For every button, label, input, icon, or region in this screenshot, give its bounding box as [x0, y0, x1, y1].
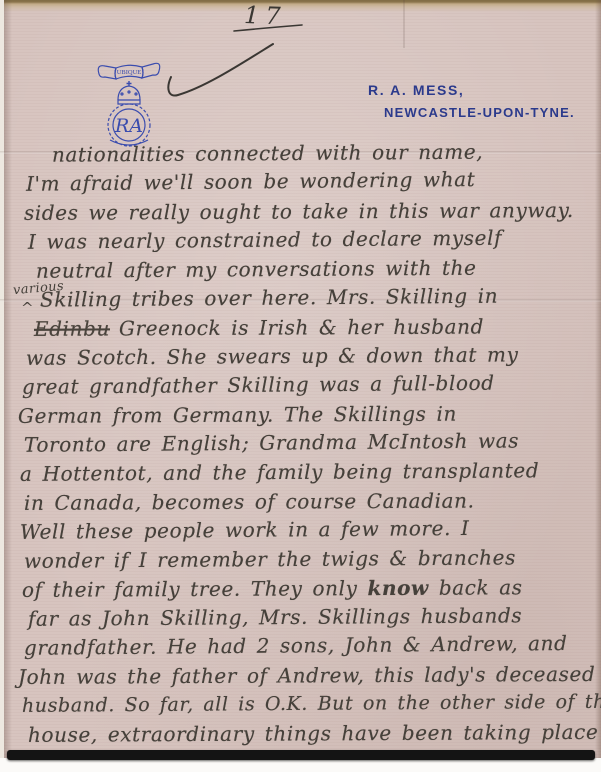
- letter-line: Toronto are English; Grandma McIntosh wa…: [0, 426, 601, 460]
- crest-crown-cross: [127, 81, 132, 86]
- struck-word: Edinbu: [34, 316, 110, 340]
- letter-line: wonder if I remember the twigs & branche…: [0, 543, 601, 576]
- letter-line: grandfather. He had 2 sons, John & Andre…: [0, 629, 601, 663]
- letter-line-text: Greenock is Irish & her husband: [119, 314, 484, 340]
- pen-flourish: [150, 0, 360, 120]
- letter-line-text: of their family tree. They only: [22, 576, 368, 602]
- letter-body: nationalities connected with our name, I…: [0, 141, 601, 750]
- letter-line: John was the father of Andrew, this lady…: [0, 660, 601, 692]
- letter-line: EdinbuGreenock is Irish & her husband: [0, 312, 601, 344]
- paper-edge-bottom-shadow: [7, 750, 595, 760]
- letter-line: I was nearly constrained to declare myse…: [0, 223, 601, 257]
- letter-page: 17 UBIQUE RA R. A. MESS, NEWCASTLE-UPON-…: [0, 0, 601, 772]
- letter-line: of their family tree. They only know bac…: [0, 573, 601, 605]
- overwritten-word: know: [367, 576, 428, 600]
- letterhead-name: R. A. MESS,: [368, 82, 464, 98]
- letter-line: house, extraordinary things have been ta…: [0, 718, 601, 750]
- letter-line: husband. So far, all is O.K. But on the …: [0, 688, 601, 721]
- letter-line: Skilling tribes over here. Mrs. Skilling…: [0, 281, 601, 315]
- crest-motto: UBIQUE: [117, 69, 142, 76]
- letter-line: I'm afraid we'll soon be wondering what: [0, 164, 601, 199]
- letter-line-text: back as: [429, 575, 523, 599]
- flourish-stroke: [168, 44, 273, 96]
- letterhead-city: NEWCASTLE-UPON-TYNE.: [384, 105, 575, 120]
- letter-line: great grandfather Skilling was a full-bl…: [0, 368, 601, 402]
- letter-line: a Hottentot, and the family being transp…: [0, 456, 601, 489]
- crest-scroll-right: [142, 63, 160, 78]
- page-number-underline: [234, 25, 302, 31]
- crest-monogram: RA: [114, 115, 143, 137]
- crest-scroll-left: [98, 66, 116, 79]
- letter-line: Well these people work in a few more. I: [0, 513, 601, 547]
- crest-crown-base: [118, 100, 140, 104]
- fold-crease: [403, 0, 405, 48]
